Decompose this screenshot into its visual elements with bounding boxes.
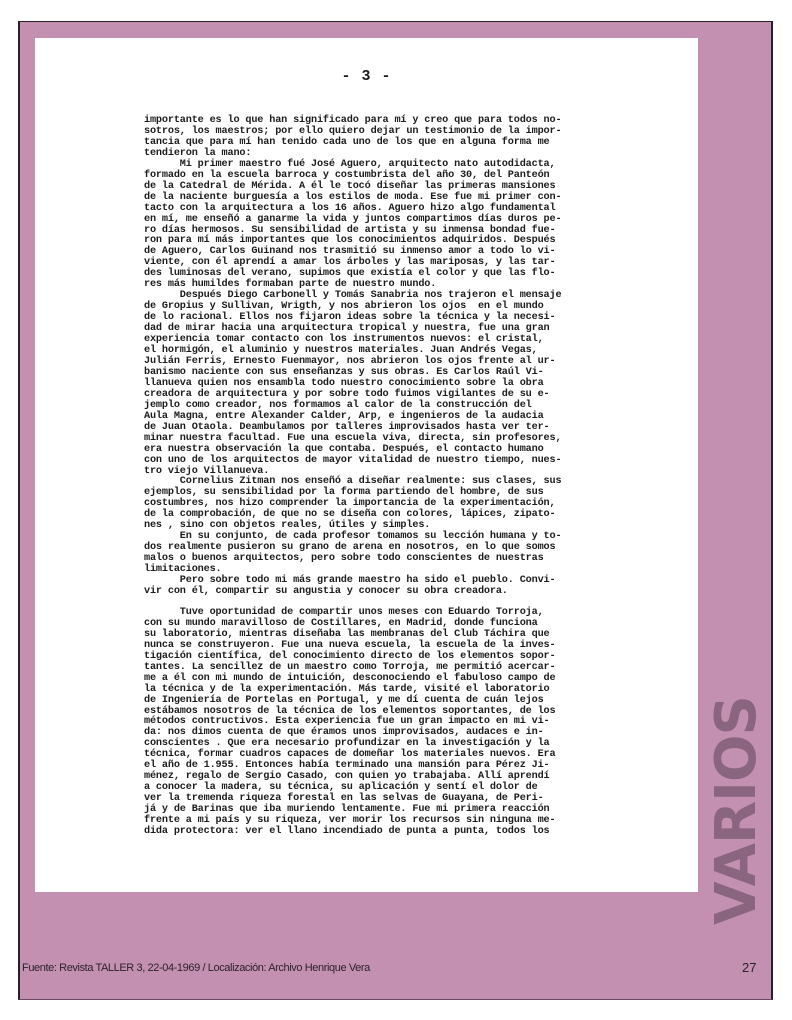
text-line: dida protectora: ver el llano incendiado…: [144, 827, 644, 838]
text-line: en mí, me enseñó a ganarme la vida y jun…: [144, 215, 644, 226]
text-line: de la naciente burguesía a los estilos d…: [144, 193, 644, 204]
paragraph: Después Diego Carbonell y Tomás Sanabria…: [144, 291, 644, 477]
paragraph: Tuve oportunidad de compartir unos meses…: [144, 608, 644, 838]
typewritten-text: importante es lo que han significado par…: [144, 116, 644, 838]
text-line: tacto con la arquitectura a los 16 años.…: [144, 204, 644, 215]
section-label-text: VARIOS: [704, 696, 769, 925]
text-line: de Juan Otaola. Deambulamos por talleres…: [144, 423, 644, 434]
text-line: vir con él, compartir su angustia y cono…: [144, 587, 644, 598]
text-line: me a él con mi mundo de intuición, desco…: [144, 674, 644, 685]
footer-page-number: 27: [742, 960, 756, 975]
section-label: VARIOS: [704, 700, 768, 920]
text-line: la técnica y de la experimentación. Más …: [144, 685, 644, 696]
paragraph: Cornelius Zitman nos enseñó a diseñar re…: [144, 477, 644, 532]
text-line: de Ingeniería de Portelas en Portugal, y…: [144, 696, 644, 707]
paragraph: Mi primer maestro fué José Aguero, arqui…: [144, 160, 644, 291]
text-line: minar nuestra facultad. Fue una escuela …: [144, 434, 644, 445]
paragraph: Pero sobre todo mi más grande maestro ha…: [144, 576, 644, 598]
paragraph: importante es lo que han significado par…: [144, 116, 644, 160]
text-line: era nuestra observación la que contaba. …: [144, 445, 644, 456]
footer-source: Fuente: Revista TALLER 3, 22-04-1969 / L…: [22, 962, 370, 974]
paragraph: En su conjunto, de cada profesor tomamos…: [144, 532, 644, 576]
text-line: con uno de los arquitectos de mayor vita…: [144, 456, 644, 467]
scanned-document: - 3 - importante es lo que han significa…: [35, 38, 698, 892]
text-line: tantes. La sencillez de un maestro como …: [144, 663, 644, 674]
document-page-marker: - 3 -: [35, 68, 698, 85]
